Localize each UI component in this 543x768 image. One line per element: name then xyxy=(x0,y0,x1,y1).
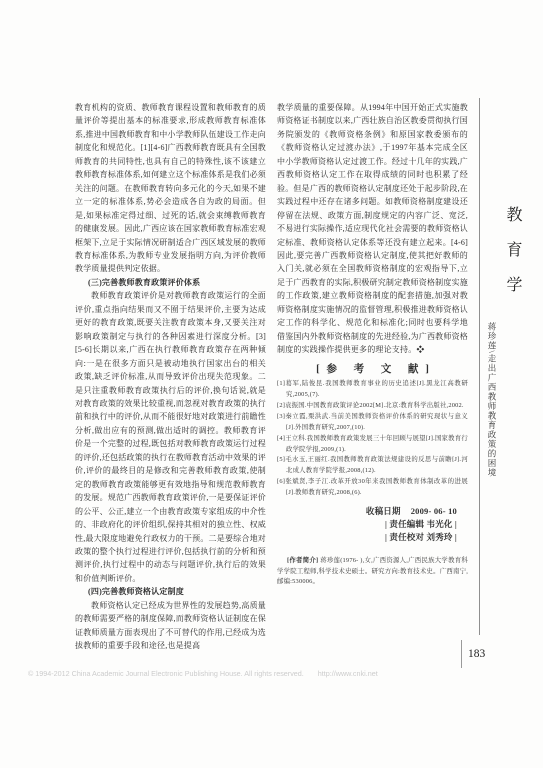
left-column: 教育机构的资质、教师教育课程设置和教师教育的质量评价等提出基本的标准要求,形成教… xyxy=(75,101,266,653)
received-date-row: 收稿日期2009- 06- 10 xyxy=(277,505,457,518)
received-label: 收稿日期 xyxy=(366,506,401,516)
paragraph-continued-right: 教学质量的重要保障。从1994年中国开始正式实施教师资格证书制度以来,广西壮族自… xyxy=(277,101,468,357)
author-bio: [作者简介] 蒋珍莲(1976- ),女,广西资源人,广西民族大学教育科学学院工… xyxy=(277,556,468,588)
references-title: [参 考 文 献] xyxy=(277,363,468,376)
journal-page: 教育机构的资质、教师教育课程设置和教师教育的质量评价等提出基本的标准要求,形成教… xyxy=(0,0,543,768)
section-heading-three: (三)完善教师教育政策评价体系 xyxy=(75,276,266,289)
received-date: 2009- 06- 10 xyxy=(411,506,457,516)
paragraph-qualification: 教师资格认定已经成为世界性的发展趋势,高质量的教师需要严格的制度保障,而教师资格… xyxy=(75,599,266,653)
reference-item: [4]王立科.我国教师教育政策发展三十年回顾与展望[J].国家教育行政学院学报,… xyxy=(277,434,468,456)
editor-row: | 责任编辑 韦光化 | xyxy=(277,518,457,531)
footer-copyright: © 1994-2012 China Academic Journal Elect… xyxy=(28,669,478,678)
sidebar-article-title: 蒋珍莲\走出广西教师教育政策的困境 xyxy=(486,322,498,477)
right-column: 教学质量的重要保障。从1994年中国开始正式实施教师资格证书制度以来,广西壮族自… xyxy=(277,101,468,594)
reference-item: [6]张斌贤,李子江.改革开放30年来我国教师教育体制改革的进展[J].教师教育… xyxy=(277,477,468,499)
sidebar-divider-line xyxy=(479,98,480,635)
reference-item: [2]袁振国.中国教育政策评论2002[M].北京:教育科学出版社,2002. xyxy=(277,401,468,412)
sidebar-category-label: 教育学 xyxy=(501,206,524,311)
copyright-text: © 1994-2012 China Academic Journal Elect… xyxy=(28,669,304,678)
reference-item: [1]葛军,陆俊昆.我国教师教育事业的历史追述[J].黑龙江高教研究,2005,… xyxy=(277,379,468,401)
paragraph-continued: 教育机构的资质、教师教育课程设置和教师教育的质量评价等提出基本的标准要求,形成教… xyxy=(75,101,266,276)
reference-item: [5]毛水玉,王丽红.我国教师教育政策法规建设的反思与前瞻[J].河北成人教育学… xyxy=(277,455,468,477)
proofreader-row: | 责任校对 刘秀玲 | xyxy=(277,531,457,544)
received-block: 收稿日期2009- 06- 10 | 责任编辑 韦光化 | | 责任校对 刘秀玲… xyxy=(277,505,468,544)
page-number-divider xyxy=(461,640,462,668)
page-number: 183 xyxy=(468,648,485,660)
reference-item: [3]秦立霞,栗洪武.当前美国教师资格评价体系的研究现状与意义[J].外国教育研… xyxy=(277,412,468,434)
paragraph-policy-evaluation: 教师教育政策评价是对教师教育政策运行的全面评价,重点指向结果而又不囿于结果评价,… xyxy=(75,289,266,585)
references-list: [1]葛军,陆俊昆.我国教师教育事业的历史追述[J].黑龙江高教研究,2005,… xyxy=(277,379,468,499)
copyright-url: http://www.cnki.net xyxy=(318,669,378,678)
author-bio-label: [作者简介] xyxy=(287,557,318,564)
section-heading-four: (四)完善教师资格认定制度 xyxy=(75,585,266,598)
